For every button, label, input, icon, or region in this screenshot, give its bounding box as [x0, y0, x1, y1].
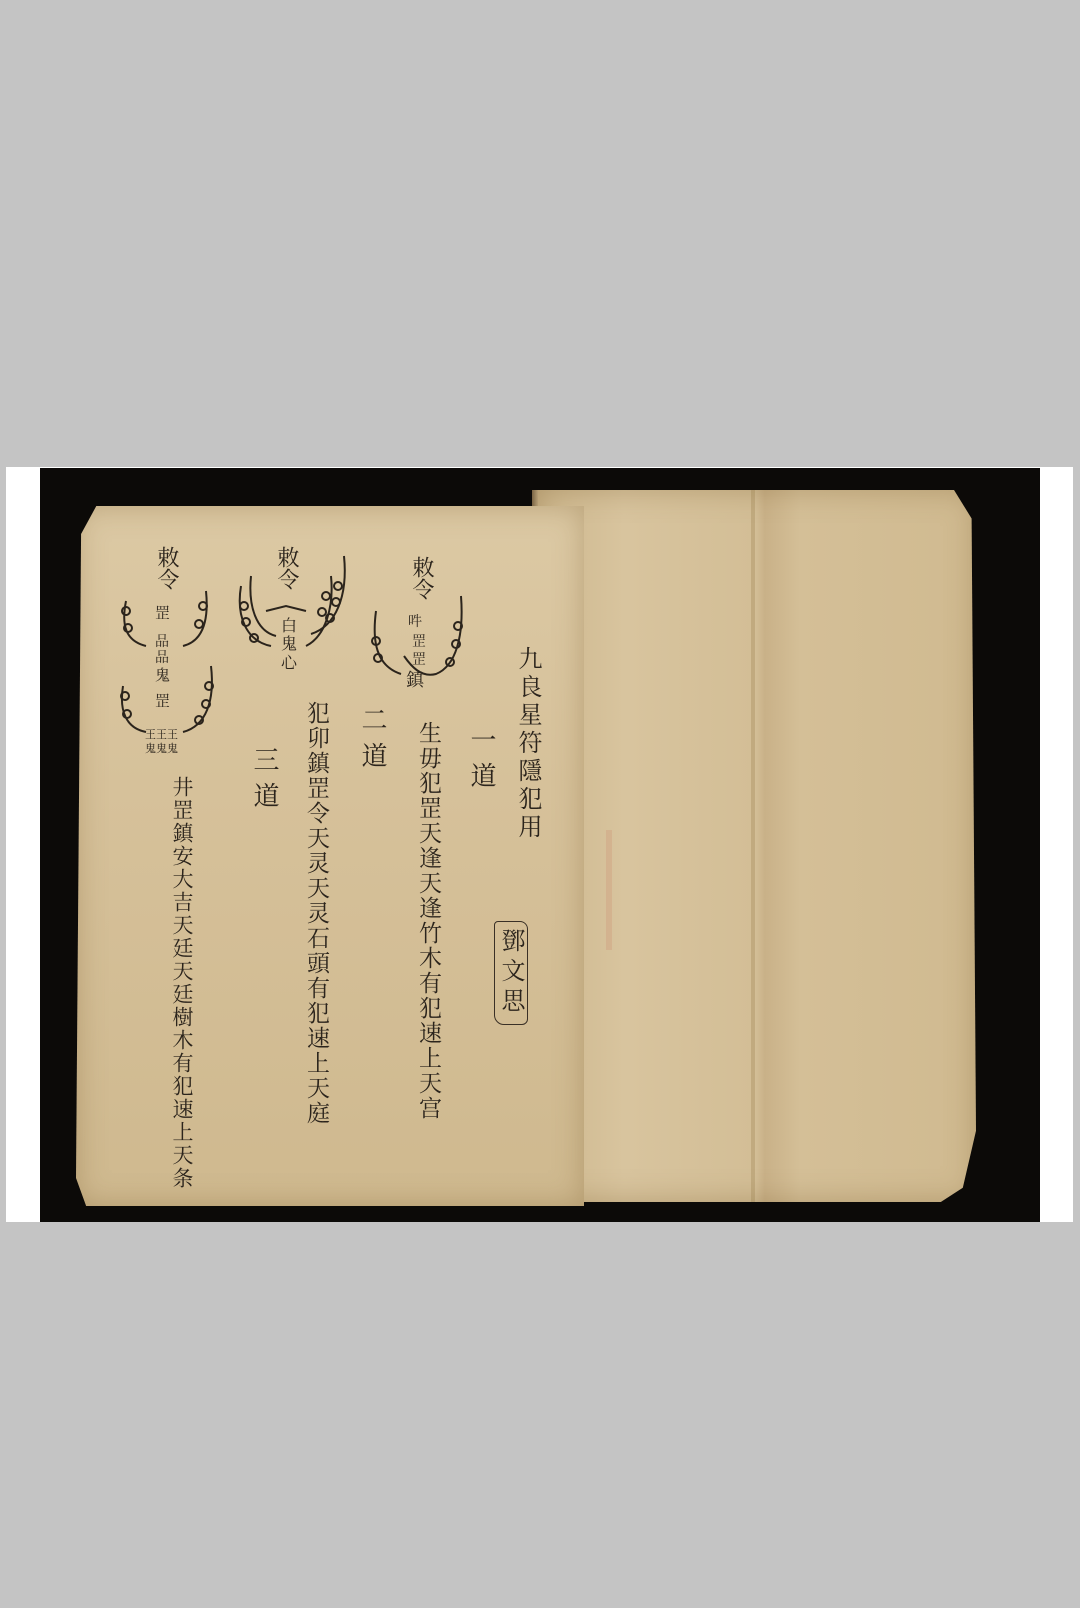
manuscript-title: 九良星符隱犯用: [516, 646, 540, 842]
talisman-3-label: 三道: [251, 746, 277, 818]
svg-text:品: 品: [155, 634, 169, 650]
talisman-3-swirl-icon: 罡 品 品 鬼 罡 王王王 鬼鬼鬼: [111, 546, 221, 776]
svg-text:罡: 罡: [412, 634, 426, 650]
talisman-1-swirl-icon: 吽 罡 罡 鎮: [366, 556, 476, 716]
svg-text:罡: 罡: [155, 604, 170, 622]
svg-text:鬼: 鬼: [155, 666, 170, 684]
svg-text:品: 品: [155, 650, 169, 666]
name-stamp: 鄧文思: [494, 921, 528, 1025]
manuscript-photo: 九良星符隱犯用 鄧文思 敕令 吽 罡 罡 鎮 一道 生毋犯罡天逢天逢竹木有犯速上…: [40, 468, 1040, 1222]
svg-text:王王王: 王王王: [145, 728, 178, 741]
talisman-1-head: 敕令 吽 罡 罡 鎮: [366, 556, 476, 716]
svg-text:鬼: 鬼: [281, 634, 297, 653]
ink-show-through: [606, 830, 612, 950]
svg-text:鎮: 鎮: [406, 670, 425, 691]
talisman-1-label: 一道: [468, 726, 494, 798]
left-page: 九良星符隱犯用 鄧文思 敕令 吽 罡 罡 鎮 一道 生毋犯罡天逢天逢竹木有犯速上…: [76, 506, 584, 1206]
svg-text:吽: 吽: [408, 614, 422, 630]
svg-text:鬼鬼鬼: 鬼鬼鬼: [145, 741, 178, 755]
talisman-2-incantation: 犯卯鎮罡令天灵天灵石頭有犯速上天庭: [304, 701, 327, 1126]
svg-text:罡: 罡: [155, 692, 170, 710]
talisman-2-swirl-icon: 白 鬼 心: [226, 546, 356, 686]
right-page-blank: [536, 490, 976, 1202]
talisman-2-head: 敕令 白 鬼 心: [226, 546, 356, 686]
svg-text:心: 心: [281, 653, 298, 672]
talisman-2-label: 二道: [359, 706, 385, 778]
svg-text:白: 白: [281, 616, 297, 635]
talisman-3-head: 敕令 罡 品 品 鬼 罡 王王王 鬼鬼鬼: [111, 546, 221, 776]
page-fold-line: [751, 490, 755, 1202]
talisman-3-incantation: 井罡鎮安大吉天廷天廷樹木有犯速上天条: [171, 776, 192, 1190]
talisman-1-incantation: 生毋犯罡天逢天逢竹木有犯速上天宫: [416, 721, 439, 1121]
svg-text:罡: 罡: [412, 652, 426, 668]
